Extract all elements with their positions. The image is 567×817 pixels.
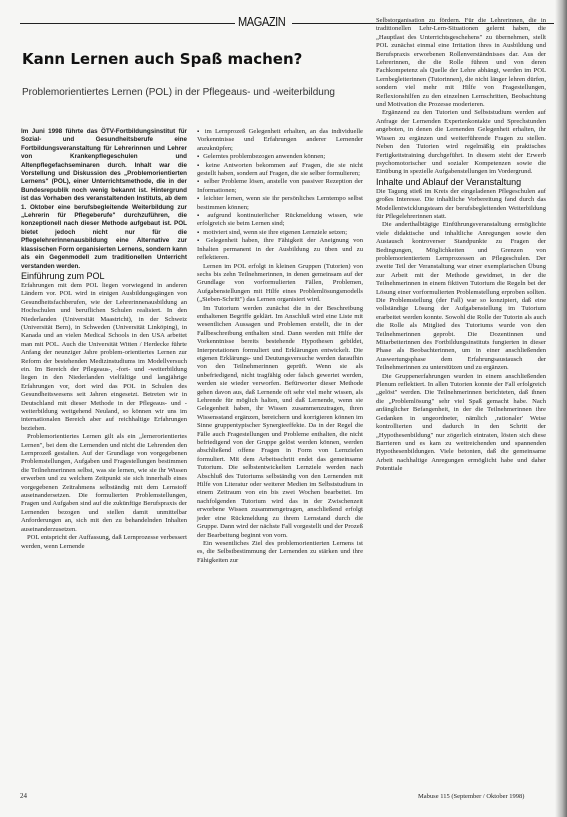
body-paragraph: Die Tagung stieß im Kreis der eingeladen… — [376, 188, 546, 222]
text-column-3: Selbstorganisation zu fördern. Für die L… — [376, 17, 546, 474]
page-number: 24 — [20, 792, 27, 800]
body-paragraph: Erfahrungen mit dem POL liegen vorwiegen… — [21, 282, 187, 433]
section-heading-intro-pol: Einführung zum POL — [21, 271, 187, 282]
section-label: MAGAZIN — [238, 14, 284, 29]
intro-paragraph: Im Juni 1998 führte das ÖTV-Fortbildungs… — [21, 128, 187, 271]
list-item: im Lernprozeß Gelegenheit erhalten, an d… — [197, 128, 363, 153]
list-item: selber Probleme lösen, anstelle von pass… — [197, 178, 363, 195]
learning-conditions-list: im Lernprozeß Gelegenheit erhalten, an d… — [197, 128, 363, 263]
text-column-2: im Lernprozeß Gelegenheit erhalten, an d… — [197, 128, 363, 565]
body-paragraph: Ergänzend zu den Tutorien und Selbststud… — [376, 109, 546, 176]
header-rule-left — [20, 23, 235, 24]
list-item: keine Antworten bekommen auf Fragen, die… — [197, 162, 363, 179]
list-item: motiviert sind, wenn sie ihre eigenen Le… — [197, 229, 363, 237]
list-item: leichter lernen, wenn sie ihr persönlich… — [197, 195, 363, 212]
article-subtitle: Problemorientiertes Lernen (POL) in der … — [22, 87, 335, 98]
body-paragraph: POL entspricht der Auffassung, daß Lernp… — [21, 534, 187, 551]
list-item: aufgrund kontinuierlicher Rückmeldung wi… — [197, 212, 363, 229]
magazine-page: MAGAZIN Kann Lernen auch Spaß machen? Pr… — [0, 0, 567, 817]
body-paragraph: Selbstorganisation zu fördern. Für die L… — [376, 17, 546, 109]
publication-source: Mabuse 115 (September / Oktober 1998) — [418, 793, 524, 800]
scan-edge-shadow — [555, 0, 567, 817]
list-item: Gelerntes problembezogen anwenden können… — [197, 153, 363, 161]
text-column-1: Im Juni 1998 führte das ÖTV-Fortbildungs… — [21, 128, 187, 551]
section-heading-event: Inhalte und Ablauf der Veranstaltung — [376, 177, 546, 188]
body-paragraph: Im Tutorium werden zunächst die in der B… — [197, 305, 363, 540]
body-paragraph: Problemorientiertes Lernen gilt als ein … — [21, 433, 187, 534]
list-item: Gelegenheit haben, ihre Fähigkeit der An… — [197, 237, 363, 262]
article-title: Kann Lernen auch Spaß machen? — [22, 50, 302, 68]
body-paragraph: Die Gruppenerfahrungen wurden in einem a… — [376, 373, 546, 474]
body-paragraph: Die anderthalbtägige Einführungsveransta… — [376, 221, 546, 372]
body-paragraph: Ein wesentliches Ziel des problemorienti… — [197, 540, 363, 565]
body-paragraph: Lernen im POL erfolgt in kleinen Gruppen… — [197, 263, 363, 305]
